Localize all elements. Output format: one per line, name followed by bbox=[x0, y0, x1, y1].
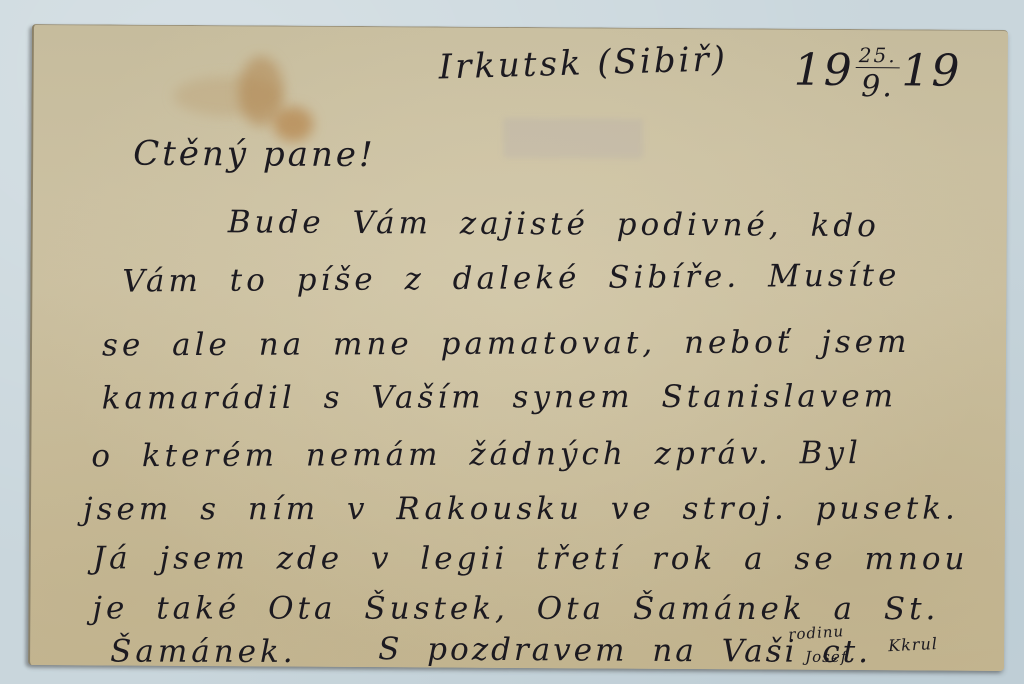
body-line: jsem s ním v Rakousku ve stroj. pusetk. bbox=[83, 491, 959, 528]
place-heading: Irkutsk (Sibiř) bbox=[438, 39, 728, 87]
body-line: Bude Vám zajisté podivné, kdo bbox=[228, 204, 880, 244]
body-line: Šamánek. bbox=[110, 634, 297, 670]
body-line: Vám to píše z daleké Sibíře. Musíte bbox=[122, 257, 900, 299]
date-month: 9. bbox=[856, 68, 900, 102]
salutation: Ctěný pane! bbox=[133, 134, 376, 175]
date-day: 25. bbox=[856, 45, 900, 68]
body-line: se ale na mne pamatovat, neboť jsem bbox=[102, 324, 911, 364]
date-heading: 1925.9.19 bbox=[794, 45, 962, 103]
date-year: 19 bbox=[901, 45, 961, 96]
date-century: 19 bbox=[794, 45, 854, 96]
closing-addendum-line-2: Josef bbox=[805, 648, 847, 666]
faded-stamp-mark bbox=[503, 118, 643, 159]
signature: Kkrul bbox=[888, 634, 939, 655]
postcard: Irkutsk (Sibiř) 1925.9.19 Ctěný pane! Bu… bbox=[28, 24, 1008, 671]
closing-addendum-line-1: rodinu bbox=[788, 622, 845, 644]
body-line: je také Ota Šustek, Ota Šamánek a St. bbox=[92, 590, 939, 627]
date-fraction: 25.9. bbox=[856, 45, 900, 102]
body-line: Já jsem zde v legii třetí rok a se mnou bbox=[93, 540, 969, 577]
body-line: o kterém nemám žádných zpráv. Byl bbox=[91, 435, 862, 474]
body-line: kamarádil s Vaším synem Stanislavem bbox=[102, 378, 898, 416]
